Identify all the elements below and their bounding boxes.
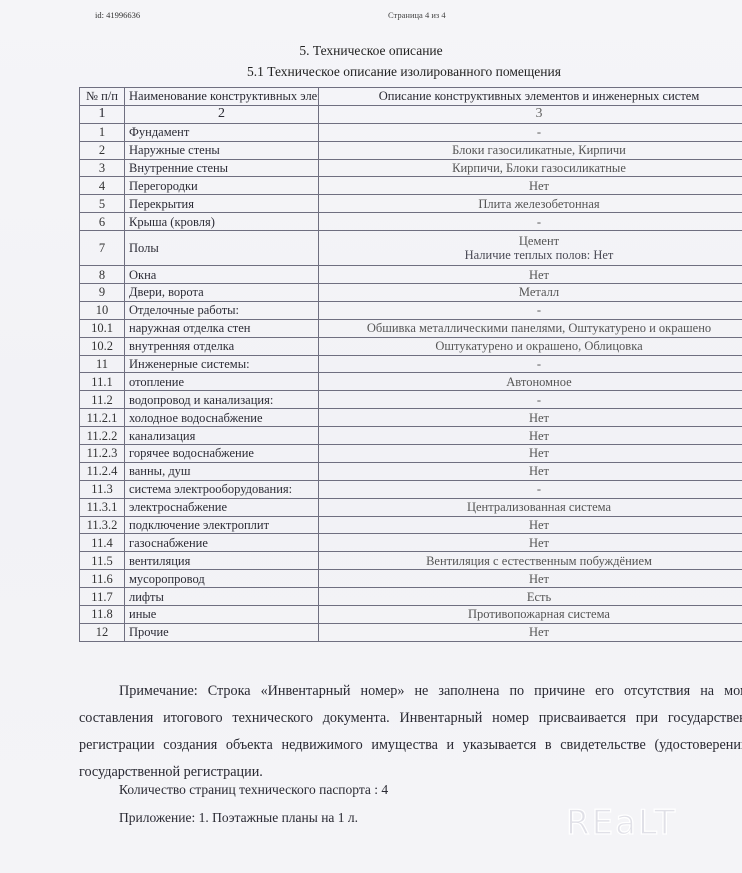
element-description: Нет xyxy=(319,623,742,641)
table-row: 11.3.1электроснабжениеЦентрализованная с… xyxy=(80,498,742,516)
row-number: 11.7 xyxy=(80,588,125,606)
table-row: 2Наружные стеныБлоки газосиликатные, Кир… xyxy=(80,141,742,159)
row-number: 11.2.4 xyxy=(80,462,125,480)
element-name: Перекрытия xyxy=(125,195,319,213)
element-description: Вентиляция с естественным побуждёнием xyxy=(319,552,742,570)
element-name: холодное водоснабжение xyxy=(125,409,319,427)
row-number: 11.2.3 xyxy=(80,445,125,463)
table-row: 6Крыша (кровля)- xyxy=(80,213,742,231)
note-paragraph: Примечание: Строка «Инвентарный номер» н… xyxy=(79,678,742,786)
element-name: лифты xyxy=(125,588,319,606)
row-number: 7 xyxy=(80,231,125,266)
table-row: 11.4газоснабжениеНет xyxy=(80,534,742,552)
element-description: Нет xyxy=(319,445,742,463)
row-number: 10.1 xyxy=(80,319,125,337)
element-description: ЦементНаличие теплых полов: Нет xyxy=(319,231,742,266)
element-description: Автономное xyxy=(319,373,742,391)
table-row: 10.1наружная отделка стенОбшивка металли… xyxy=(80,319,742,337)
element-description: Нет xyxy=(319,409,742,427)
element-name: канализация xyxy=(125,427,319,445)
row-number: 11.2 xyxy=(80,391,125,409)
column-number-row: 1 2 3 xyxy=(80,105,742,123)
element-name: наружная отделка стен xyxy=(125,319,319,337)
row-number: 11.4 xyxy=(80,534,125,552)
table-row: 11.3.2подключение электроплитНет xyxy=(80,516,742,534)
column-number: 3 xyxy=(319,105,742,123)
element-name: Двери, ворота xyxy=(125,284,319,302)
row-number: 9 xyxy=(80,284,125,302)
row-number: 3 xyxy=(80,159,125,177)
element-name: система электрооборудования: xyxy=(125,480,319,498)
row-number: 11.3.2 xyxy=(80,516,125,534)
element-description: - xyxy=(319,391,742,409)
element-name: Крыша (кровля) xyxy=(125,213,319,231)
table-row: 11Инженерные системы:- xyxy=(80,355,742,373)
element-name: иные xyxy=(125,606,319,624)
element-name: подключение электроплит xyxy=(125,516,319,534)
table-body: 1Фундамент-2Наружные стеныБлоки газосили… xyxy=(80,123,742,641)
row-number: 1 xyxy=(80,123,125,141)
element-description: Нет xyxy=(319,462,742,480)
element-description: Нет xyxy=(319,570,742,588)
table-row: 11.2.1холодное водоснабжениеНет xyxy=(80,409,742,427)
row-number: 11.3 xyxy=(80,480,125,498)
element-description: Плита железобетонная xyxy=(319,195,742,213)
technical-description-table: № п/п Наименование конструктивных элемен… xyxy=(79,87,742,642)
element-name: вентиляция xyxy=(125,552,319,570)
table-row: 11.2водопровод и канализация:- xyxy=(80,391,742,409)
element-description: Противопожарная система xyxy=(319,606,742,624)
element-description: - xyxy=(319,123,742,141)
row-number: 5 xyxy=(80,195,125,213)
element-name: Окна xyxy=(125,266,319,284)
element-description: Нет xyxy=(319,516,742,534)
element-name: Внутренние стены xyxy=(125,159,319,177)
table-row: 12ПрочиеНет xyxy=(80,623,742,641)
row-number: 8 xyxy=(80,266,125,284)
element-description: Металл xyxy=(319,284,742,302)
table-row: 9Двери, воротаМеталл xyxy=(80,284,742,302)
document-page: id: 41996636 Страница 4 из 4 5. Техничес… xyxy=(0,0,742,873)
element-description: - xyxy=(319,213,742,231)
element-name: внутренняя отделка xyxy=(125,337,319,355)
element-name: Инженерные системы: xyxy=(125,355,319,373)
table-row: 11.7лифтыЕсть xyxy=(80,588,742,606)
table-row: 11.3система электрооборудования:- xyxy=(80,480,742,498)
table-row: 11.5вентиляцияВентиляция с естественным … xyxy=(80,552,742,570)
table-row: 8ОкнаНет xyxy=(80,266,742,284)
row-number: 11.2.2 xyxy=(80,427,125,445)
element-description: Нет xyxy=(319,266,742,284)
page-indicator: Страница 4 из 4 xyxy=(388,10,446,20)
element-name: ванны, душ xyxy=(125,462,319,480)
element-description: Блоки газосиликатные, Кирпичи xyxy=(319,141,742,159)
description-line: Наличие теплых полов: Нет xyxy=(323,248,742,262)
description-line: Цемент xyxy=(519,234,559,248)
element-description: Нет xyxy=(319,427,742,445)
row-number: 2 xyxy=(80,141,125,159)
row-number: 11.3.1 xyxy=(80,498,125,516)
row-number: 11.6 xyxy=(80,570,125,588)
element-description: Централизованная система xyxy=(319,498,742,516)
element-description: Нет xyxy=(319,177,742,195)
table-row: 11.2.4ванны, душНет xyxy=(80,462,742,480)
element-description: Нет xyxy=(319,534,742,552)
row-number: 10 xyxy=(80,301,125,319)
element-description: Обшивка металлическими панелями, Оштукат… xyxy=(319,319,742,337)
row-number: 10.2 xyxy=(80,337,125,355)
element-name: горячее водоснабжение xyxy=(125,445,319,463)
row-number: 11.8 xyxy=(80,606,125,624)
table-header-row: № п/п Наименование конструктивных элемен… xyxy=(80,88,742,106)
row-number: 4 xyxy=(80,177,125,195)
element-name: отопление xyxy=(125,373,319,391)
row-number: 11.1 xyxy=(80,373,125,391)
note-text: Примечание: Строка «Инвентарный номер» н… xyxy=(79,678,742,786)
row-number: 12 xyxy=(80,623,125,641)
table-row: 11.8иныеПротивопожарная система xyxy=(80,606,742,624)
element-name: газоснабжение xyxy=(125,534,319,552)
element-name: электроснабжение xyxy=(125,498,319,516)
row-number: 11.2.1 xyxy=(80,409,125,427)
row-number: 11.5 xyxy=(80,552,125,570)
column-number: 2 xyxy=(125,105,319,123)
row-number: 11 xyxy=(80,355,125,373)
table-row: 1Фундамент- xyxy=(80,123,742,141)
column-header-description: Описание конструктивных элементов и инже… xyxy=(319,88,742,106)
document-id: id: 41996636 xyxy=(95,10,140,20)
element-name: мусоропровод xyxy=(125,570,319,588)
realt-watermark-logo: REaLT xyxy=(566,803,677,843)
table-row: 11.2.3горячее водоснабжениеНет xyxy=(80,445,742,463)
row-number: 6 xyxy=(80,213,125,231)
element-name: Отделочные работы: xyxy=(125,301,319,319)
element-name: Прочие xyxy=(125,623,319,641)
pages-count: Количество страниц технического паспорта… xyxy=(119,782,388,798)
element-description: Оштукатурено и окрашено, Облицовка xyxy=(319,337,742,355)
table-row: 11.1отоплениеАвтономное xyxy=(80,373,742,391)
section-subtitle: 5.1 Техническое описание изолированного … xyxy=(247,64,561,80)
appendix-line: Приложение: 1. Поэтажные планы на 1 л. xyxy=(119,810,358,826)
element-name: Фундамент xyxy=(125,123,319,141)
element-description: - xyxy=(319,480,742,498)
element-description: Есть xyxy=(319,588,742,606)
table-row: 11.2.2канализацияНет xyxy=(80,427,742,445)
table-row: 10Отделочные работы:- xyxy=(80,301,742,319)
table-row: 10.2внутренняя отделкаОштукатурено и окр… xyxy=(80,337,742,355)
element-description: - xyxy=(319,301,742,319)
element-name: Перегородки xyxy=(125,177,319,195)
table-row: 5ПерекрытияПлита железобетонная xyxy=(80,195,742,213)
table-row: 4ПерегородкиНет xyxy=(80,177,742,195)
element-name: водопровод и канализация: xyxy=(125,391,319,409)
column-header-name: Наименование конструктивных элементов и … xyxy=(125,88,319,106)
column-header-number: № п/п xyxy=(80,88,125,106)
element-name: Полы xyxy=(125,231,319,266)
section-title: 5. Техническое описание xyxy=(0,43,742,59)
table-row: 7ПолыЦементНаличие теплых полов: Нет xyxy=(80,231,742,266)
element-description: Кирпичи, Блоки газосиликатные xyxy=(319,159,742,177)
table-row: 3Внутренние стеныКирпичи, Блоки газосили… xyxy=(80,159,742,177)
column-number: 1 xyxy=(80,105,125,123)
element-description: - xyxy=(319,355,742,373)
table-row: 11.6мусоропроводНет xyxy=(80,570,742,588)
element-name: Наружные стены xyxy=(125,141,319,159)
